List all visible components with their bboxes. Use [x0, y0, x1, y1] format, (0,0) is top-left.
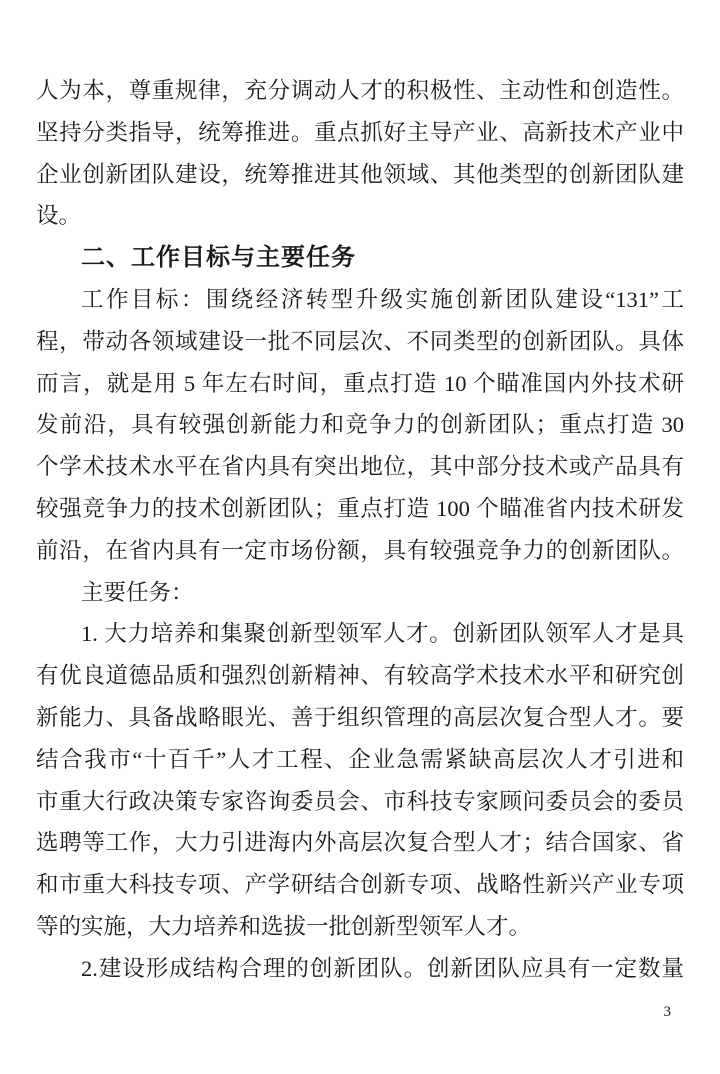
- text-line: 市重大行政决策专家咨询委员会、市科技专家顾问委员会的委员: [36, 781, 684, 823]
- text-line: 选聘等工作，大力引进海内外高层次复合型人才；结合国家、省: [36, 822, 684, 864]
- section-heading: 二、工作目标与主要任务: [36, 237, 684, 279]
- text-line: 有优良道德品质和强烈创新精神、有较高学术技术水平和研究创: [36, 655, 684, 697]
- text-line: 企业创新团队建设，统筹推进其他领域、其他类型的创新团队建: [36, 154, 684, 196]
- text-line: 主要任务：: [36, 572, 684, 614]
- text-line: 新能力、具备战略眼光、善于组织管理的高层次复合型人才。要: [36, 697, 684, 739]
- text-line: 设。: [36, 195, 684, 237]
- para-task-2: 2.建设形成结构合理的创新团队。创新团队应具有一定数量: [36, 948, 684, 990]
- text-line: 个学术技术水平在省内具有突出地位，其中部分技术或产品具有: [36, 446, 684, 488]
- text-line: 而言，就是用 5 年左右时间，重点打造 10 个瞄准国内外技术研: [36, 363, 684, 405]
- text-line: 工作目标：围绕经济转型升级实施创新团队建设“131”工: [36, 279, 684, 321]
- text-line: 发前沿，具有较强创新能力和竞争力的创新团队；重点打造 30: [36, 404, 684, 446]
- text-line: 等的实施，大力培养和选拔一批创新型领军人才。: [36, 906, 684, 948]
- para-work-goals: 工作目标：围绕经济转型升级实施创新团队建设“131”工程，带动各领域建设一批不同…: [36, 279, 684, 572]
- document-body: 人为本，尊重规律，充分调动人才的积极性、主动性和创造性。坚持分类指导，统筹推进。…: [36, 70, 684, 990]
- text-line: 坚持分类指导，统筹推进。重点抓好主导产业、高新技术产业中: [36, 112, 684, 154]
- text-line: 1. 大力培养和集聚创新型领军人才。创新团队领军人才是具: [36, 613, 684, 655]
- text-line: 较强竞争力的技术创新团队；重点打造 100 个瞄准省内技术研发: [36, 488, 684, 530]
- page-number: 3: [664, 1002, 672, 1022]
- document-page: 人为本，尊重规律，充分调动人才的积极性、主动性和创造性。坚持分类指导，统筹推进。…: [0, 0, 720, 1074]
- text-line: 2.建设形成结构合理的创新团队。创新团队应具有一定数量: [36, 948, 684, 990]
- text-line: 结合我市“十百千”人才工程、企业急需紧缺高层次人才引进和: [36, 739, 684, 781]
- text-line: 和市重大科技专项、产学研结合创新专项、战略性新兴产业专项: [36, 864, 684, 906]
- text-line: 程，带动各领域建设一批不同层次、不同类型的创新团队。具体: [36, 321, 684, 363]
- para-main-tasks-label: 主要任务：: [36, 572, 684, 614]
- text-line: 人为本，尊重规律，充分调动人才的积极性、主动性和创造性。: [36, 70, 684, 112]
- para-task-1: 1. 大力培养和集聚创新型领军人才。创新团队领军人才是具有优良道德品质和强烈创新…: [36, 613, 684, 947]
- text-line: 前沿，在省内具有一定市场份额，具有较强竞争力的创新团队。: [36, 530, 684, 572]
- para-intro-continuation: 人为本，尊重规律，充分调动人才的积极性、主动性和创造性。坚持分类指导，统筹推进。…: [36, 70, 684, 237]
